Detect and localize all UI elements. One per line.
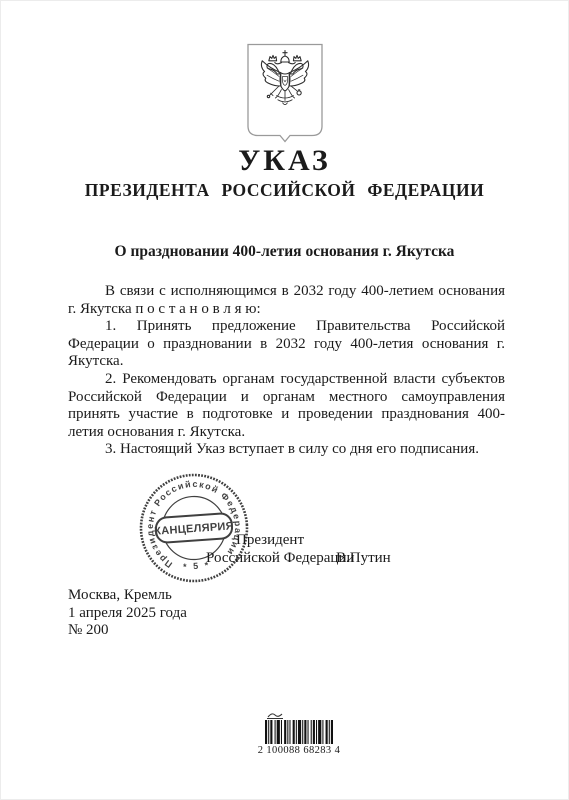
barcode: 2 100088 68283 4 [253, 712, 345, 756]
footer-number: № 200 [68, 622, 187, 640]
decree-subtitle: ПРЕЗИДЕНТА РОССИЙСКОЙ ФЕДЕРАЦИИ [0, 180, 569, 201]
barcode-mark-icon [266, 712, 286, 720]
coat-of-arms-icon [261, 51, 308, 105]
paragraph-item-1: 1. Принять предложение Правительства Рос… [68, 318, 505, 371]
barcode-bars [265, 720, 333, 744]
chancery-stamp: Президент Российской Федерации * 5 * КАН… [134, 468, 254, 588]
stamp-bottom-mark: * 5 * [183, 560, 211, 572]
decree-heading: О праздновании 400-летия основания г. Як… [0, 243, 569, 261]
paragraph-item-3: 3. Настоящий Указ вступает в силу со дня… [68, 441, 505, 459]
footer-date: 1 апреля 2025 года [68, 605, 187, 623]
signature-name: В.Путин [336, 550, 391, 568]
barcode-digits: 2 100088 68283 4 [253, 745, 345, 756]
paragraph-item-2: 2. Рекомендовать органам государственной… [68, 371, 505, 441]
paragraph-preamble: В связи с исполняющимся в 2032 году 400-… [68, 283, 505, 318]
decree-title: УКАЗ [0, 144, 569, 178]
decree-document: УКАЗ ПРЕЗИДЕНТА РОССИЙСКОЙ ФЕДЕРАЦИИ О п… [0, 0, 569, 800]
footer-block: Москва, Кремль 1 апреля 2025 года № 200 [68, 587, 187, 640]
decree-body: В связи с исполняющимся в 2032 году 400-… [68, 283, 505, 459]
footer-place: Москва, Кремль [68, 587, 187, 605]
emblem-frame [244, 42, 326, 144]
